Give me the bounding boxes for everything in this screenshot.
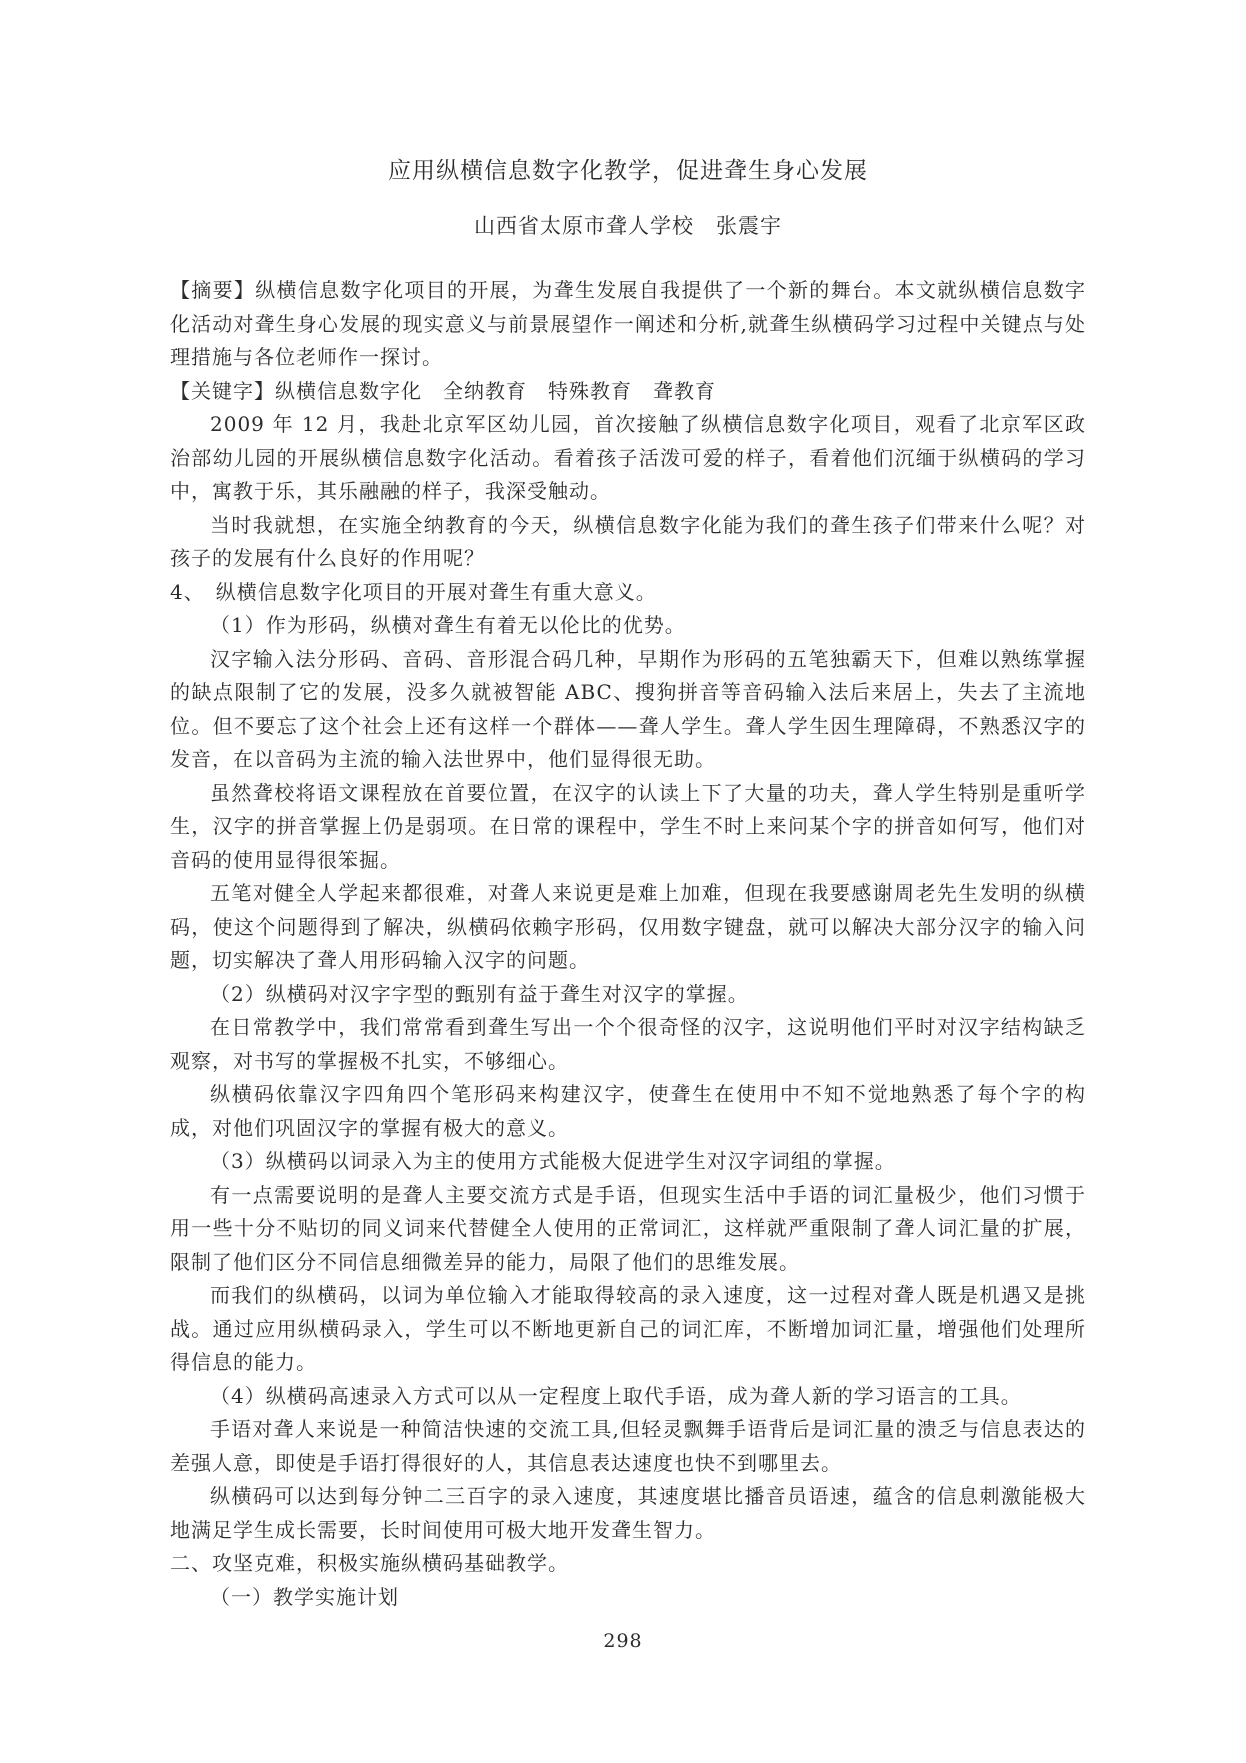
paragraph: 4、 纵横信息数字化项目的开展对聋生有重大意义。 — [170, 576, 1086, 610]
page-number: 298 — [0, 1630, 1246, 1652]
paragraph: 有一点需要说明的是聋人主要交流方式是手语，但现实生活中手语的词汇量极少，他们习惯… — [170, 1179, 1086, 1280]
byline: 山西省太原市聋人学校 张震宇 — [170, 212, 1086, 240]
body-paragraphs: 2009 年 12 月，我赴北京军区幼儿园，首次接触了纵横信息数字化项目，观看了… — [170, 408, 1086, 1614]
abstract-label: 【摘要】 — [170, 278, 255, 302]
paragraph: 纵横码可以达到每分钟二三百字的录入速度，其速度堪比播音员语速，蕴含的信息刺激能极… — [170, 1480, 1086, 1547]
paragraph: 汉字输入法分形码、音码、音形混合码几种，早期作为形码的五笔独霸天下，但难以熟练掌… — [170, 643, 1086, 777]
paragraph: （1）作为形码，纵横对聋生有着无以伦比的优势。 — [170, 609, 1086, 643]
paragraph: 当时我就想，在实施全纳教育的今天，纵横信息数字化能为我们的聋生孩子们带来什么呢？… — [170, 509, 1086, 576]
page-content: 应用纵横信息数字化教学，促进聋生身心发展 山西省太原市聋人学校 张震宇 【摘要】… — [170, 156, 1086, 1614]
paragraph: 虽然聋校将语文课程放在首要位置，在汉字的认读上下了大量的功夫，聋人学生特别是重听… — [170, 777, 1086, 878]
paragraph: 2009 年 12 月，我赴北京军区幼儿园，首次接触了纵横信息数字化项目，观看了… — [170, 408, 1086, 509]
page-title: 应用纵横信息数字化教学，促进聋生身心发展 — [170, 156, 1086, 186]
keywords-label: 【关键字】 — [170, 379, 275, 403]
paragraph: （2）纵横码对汉字字型的甄别有益于聋生对汉字的掌握。 — [170, 978, 1086, 1012]
paragraph: （一）教学实施计划 — [170, 1581, 1086, 1615]
paragraph: 手语对聋人来说是一种简洁快速的交流工具,但轻灵飘舞手语背后是词汇量的溃乏与信息表… — [170, 1413, 1086, 1480]
abstract-text: 纵横信息数字化项目的开展，为聋生发展自我提供了一个新的舞台。本文就纵横信息数字化… — [170, 278, 1086, 369]
paragraph: （3）纵横码以词录入为主的使用方式能极大促进学生对汉字词组的掌握。 — [170, 1145, 1086, 1179]
paragraph: 二、攻坚克难，积极实施纵横码基础教学。 — [170, 1547, 1086, 1581]
paragraph: 在日常教学中，我们常常看到聋生写出一个个很奇怪的汉字，这说明他们平时对汉字结构缺… — [170, 1011, 1086, 1078]
abstract: 【摘要】纵横信息数字化项目的开展，为聋生发展自我提供了一个新的舞台。本文就纵横信… — [170, 274, 1086, 375]
paragraph: （4）纵横码高速录入方式可以从一定程度上取代手语，成为聋人新的学习语言的工具。 — [170, 1380, 1086, 1414]
paragraph: 而我们的纵横码，以词为单位输入才能取得较高的录入速度，这一过程对聋人既是机遇又是… — [170, 1279, 1086, 1380]
abstract-block: 【摘要】纵横信息数字化项目的开展，为聋生发展自我提供了一个新的舞台。本文就纵横信… — [170, 274, 1086, 408]
paragraph: 五笔对健全人学起来都很难，对聋人来说更是难上加难，但现在我要感谢周老先生发明的纵… — [170, 877, 1086, 978]
keywords: 【关键字】纵横信息数字化 全纳教育 特殊教育 聋教育 — [170, 375, 1086, 409]
keywords-text: 纵横信息数字化 全纳教育 特殊教育 聋教育 — [275, 379, 716, 403]
document-page: 应用纵横信息数字化教学，促进聋生身心发展 山西省太原市聋人学校 张震宇 【摘要】… — [0, 0, 1246, 1763]
paragraph: 纵横码依靠汉字四角四个笔形码来构建汉字，使聋生在使用中不知不觉地熟悉了每个字的构… — [170, 1078, 1086, 1145]
